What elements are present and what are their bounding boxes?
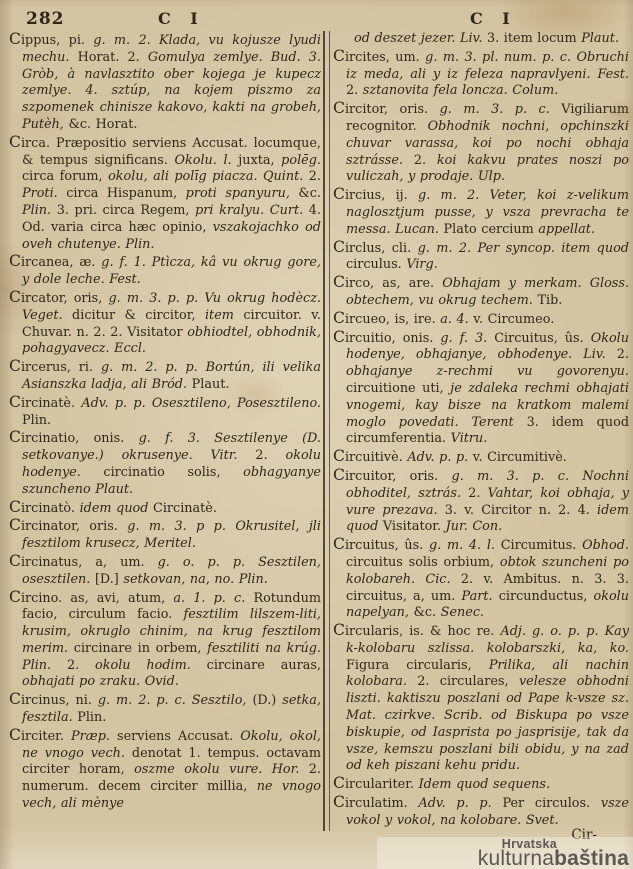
entry-text-segment: Per circulos. xyxy=(502,796,600,811)
entry-text-segment: polēg. xyxy=(281,153,321,168)
entry-text-segment: oszme okolu vure. Hor. xyxy=(134,762,309,777)
dictionary-entry: Circuitus, ûs. g. m. 4. l. Circumitus. O… xyxy=(333,536,629,622)
entry-text-segment: Circinatio, onis. xyxy=(9,431,139,446)
entry-text-segment: 2. xyxy=(617,347,629,362)
entry-text-segment: Circumitus. xyxy=(501,538,582,553)
entry-text-segment: 2. xyxy=(346,83,363,98)
entry-text-segment: Circitor, oris. xyxy=(333,102,440,117)
entry-text-segment: [D.] xyxy=(95,572,123,587)
entry-text-segment: Circulatim. xyxy=(333,796,418,811)
entry-text-segment: v. Circumeo. xyxy=(473,312,554,327)
watermark-line2-bold: baština xyxy=(554,847,629,869)
entry-text-segment: Plin. xyxy=(22,203,57,218)
entry-text-segment: Circlus, cli. xyxy=(333,241,418,256)
entry-text-segment: Circuitor, oris. xyxy=(333,469,452,484)
entry-text-segment: Circinatè. xyxy=(9,396,81,411)
entry-text-segment: circunductus, xyxy=(499,589,594,604)
dictionary-entry: Circuitivè. Adv. p. p. v. Circumitivè. xyxy=(333,448,629,467)
entry-text-segment: circuitione uti, xyxy=(346,381,450,396)
entry-text-segment: appellat. xyxy=(538,222,595,237)
dictionary-entry: Circinatio, onis. g. f. 3. Sesztilenye (… xyxy=(9,429,321,498)
entry-text-segment: Circiter. xyxy=(9,729,71,744)
entry-text-segment: Tib. xyxy=(537,293,562,308)
entry-text-segment: 2. circulares, xyxy=(417,674,519,689)
entry-text-segment: Visitator. xyxy=(383,519,446,534)
entry-text-segment: Proti. xyxy=(22,186,66,201)
entry-text-segment: Plaut. xyxy=(581,31,619,46)
dictionary-entry: Circerus, ri. g. m. 2. p. p. Bortún, ili… xyxy=(9,358,321,394)
dictionary-entry: Circlus, cli. g. m. 2. Per syncop. item … xyxy=(333,239,629,275)
entry-text-segment: Virg. xyxy=(406,257,438,272)
entry-text-segment: 2. xyxy=(67,658,95,673)
entry-text-segment: Circularis, is. & hoc re. xyxy=(333,624,500,639)
entry-text-segment: 2. xyxy=(414,153,437,168)
entry-text-segment: g. m. 2. Per syncop. item quod xyxy=(418,241,629,256)
dictionary-entry: Circanea, æ. g. f. 1. Ptìcza, kâ vu okru… xyxy=(9,253,321,289)
entry-text-segment: Vitru. xyxy=(451,431,488,446)
dictionary-entry: Circuitor, oris. g. m. 3. p. c. Nochni o… xyxy=(333,467,629,536)
entry-text-segment: g. f. 3. xyxy=(440,331,494,346)
entry-text-segment: obhajati po zraku. Ovid. xyxy=(22,674,179,689)
dictionary-entry: od deszet jezer. Liv. 3. item locum Plau… xyxy=(333,31,629,48)
entry-text-segment: idem quod xyxy=(80,501,153,516)
entry-text-segment: g. m. 2. p. c. Sesztilo, xyxy=(98,693,253,708)
entry-text-segment: proti spanyuru, xyxy=(186,186,299,201)
entry-text-segment: Plaut. xyxy=(192,377,230,392)
entry-text-segment: Plin. xyxy=(77,710,106,725)
entry-text-segment: Plin. xyxy=(22,413,51,428)
entry-text-segment: g. m. 4. l. xyxy=(429,538,501,553)
entry-text-segment: Circuitus, ûs. xyxy=(333,538,429,553)
dictionary-entry: Circinatus, a, um. g. o. p. p. Sesztilen… xyxy=(9,553,321,589)
entry-text-segment: circa forum, xyxy=(22,169,108,184)
entry-text-segment: g. m. 3. p. c. xyxy=(440,102,562,117)
entry-text-segment: 2. xyxy=(309,169,321,184)
entry-text-segment: pri kralyu. Curt. xyxy=(195,203,309,218)
entry-text-segment: od deszet jezer. Liv. xyxy=(354,31,487,46)
dictionary-entry: Circueo, is, ire. a. 4. v. Circumeo. xyxy=(333,310,629,329)
page-number: 282 xyxy=(26,9,65,29)
entry-text-segment: Circinator, oris. xyxy=(9,519,127,534)
entry-text-segment: 3. pri. circa Regem, xyxy=(57,203,195,218)
entry-text-segment: Circator, oris, xyxy=(9,291,108,306)
entry-text-segment: Idem quod sequens. xyxy=(419,777,550,792)
book-page: 282 C I C I Cippus, pi. g. m. 2. Klada, … xyxy=(0,0,633,869)
entry-text-segment: Circinatus, a, um. xyxy=(9,555,158,570)
dictionary-entry: Circino. as, avi, atum, a. 1. p. c. Rotu… xyxy=(9,589,321,692)
entry-text-segment: Jur. Con. xyxy=(446,519,503,534)
dictionary-entry: Circinator, oris. g. m. 3. p p. Okrusite… xyxy=(9,517,321,553)
entry-text-segment: Adv. p. p. Osesztileno, Posesztileno. xyxy=(81,396,321,411)
entry-text-segment: Circius, ij. xyxy=(333,188,418,203)
entry-text-segment: Senec. xyxy=(441,605,484,620)
entry-text-segment: 2. xyxy=(468,486,487,501)
entry-text-segment: 3. v. Circitor n. 2. 4. xyxy=(445,503,597,518)
entry-text-segment: a. 4. xyxy=(440,312,473,327)
entry-text-segment: circuitus solis orbium, xyxy=(346,555,500,570)
dictionary-entry: Circinatò. idem quod Circinatè. xyxy=(9,499,321,518)
entry-text-segment: Circites, um. xyxy=(333,50,425,65)
entry-text-segment: Circinatè. xyxy=(153,501,217,516)
entry-text-segment: Circino. as, avi, atum, xyxy=(9,591,173,606)
entry-text-segment: v. Circumitivè. xyxy=(473,450,567,465)
text-columns: Cippus, pi. g. m. 2. Klada, vu kojusze l… xyxy=(9,31,629,831)
dictionary-entry: Circinus, ni. g. m. 2. p. c. Sesztilo, (… xyxy=(9,691,321,727)
entry-text-segment: obhajanye z-rechmi vu govorenyu. xyxy=(346,364,629,379)
entry-text-segment: Circuitio, onis. xyxy=(333,331,440,346)
entry-text-segment: Circulariter. xyxy=(333,777,419,792)
entry-text-segment: Circinus, ni. xyxy=(9,693,98,708)
entry-text-segment: Circo, as, are. xyxy=(333,276,442,291)
entry-text-segment: circa Hispanum, xyxy=(66,186,185,201)
dictionary-entry: Cippus, pi. g. m. 2. Klada, vu kojusze l… xyxy=(9,31,321,134)
dictionary-entry: Circa. Præpositio serviens Accusat. locu… xyxy=(9,134,321,254)
entry-text-segment: (D.) xyxy=(252,693,282,708)
entry-text-segment: serviens Accusat. xyxy=(117,729,240,744)
dictionary-entry: Circulatim. Adv. p. p. Per circulos. vsz… xyxy=(333,794,629,830)
entry-text-segment: &c. Horat. xyxy=(68,117,137,132)
entry-text-segment: setkovan, na, no. Plin. xyxy=(123,572,267,587)
watermark-line2-normal: kulturna xyxy=(478,847,554,869)
entry-text-segment: Circuitivè. xyxy=(333,450,407,465)
dictionary-entry: Circo, as, are. Obhajam y merkam. Gloss.… xyxy=(333,274,629,310)
entry-text-segment: Plato cercium xyxy=(444,222,539,237)
entry-text-segment: Circinatò. xyxy=(9,501,80,516)
column-divider-rule xyxy=(323,31,330,831)
dictionary-entry: Circator, oris, g. m. 3. p. p. Vu okrug … xyxy=(9,289,321,358)
entry-text-segment: 2. xyxy=(255,448,285,463)
dictionary-entry: Circites, um. g. m. 3. pl. num. p. c. Ob… xyxy=(333,48,629,100)
entry-text-segment: Adv. p. p. xyxy=(407,450,472,465)
entry-text-segment: 3. item locum xyxy=(487,31,581,46)
entry-text-segment: &c. xyxy=(413,605,440,620)
entry-text-segment: Horat. 2. xyxy=(78,50,148,65)
entry-text-segment: &c. xyxy=(298,186,321,201)
entry-text-segment: okolu hodim. xyxy=(95,658,207,673)
entry-text-segment: Cippus, pi. xyxy=(9,33,93,48)
entry-text-segment: Part. xyxy=(462,589,499,604)
entry-text-segment: item xyxy=(205,308,243,323)
watermark-line2: kulturnabaština xyxy=(377,849,633,868)
entry-text-segment: Circueo, is, ire. xyxy=(333,312,440,327)
entry-text-segment: circinare auras, xyxy=(207,658,321,673)
dictionary-entry: Circuitio, onis. g. f. 3. Circuitus, ûs.… xyxy=(333,329,629,449)
entry-text-segment: Præp. xyxy=(71,729,117,744)
dictionary-entry: Circitor, oris. g. m. 3. p. c. Vigiliaru… xyxy=(333,100,629,186)
entry-text-segment: circulus. xyxy=(346,257,406,272)
running-title-right: C I xyxy=(470,9,517,28)
entry-text-segment: circinatio solis, xyxy=(103,465,243,480)
entry-text-segment: dicitur & circitor, xyxy=(72,308,205,323)
entry-text-segment: sztanovita fela loncza. Colum. xyxy=(363,83,559,98)
entry-text-segment: okolu, ali polīg piacza. Quint. xyxy=(108,169,309,184)
entry-text-segment: Circerus, ri. xyxy=(9,360,101,375)
entry-text-segment: Obhod. xyxy=(582,538,629,553)
left-column: Cippus, pi. g. m. 2. Klada, vu kojusze l… xyxy=(9,31,321,813)
entry-text-segment: Okolu. l. xyxy=(175,153,239,168)
entry-text-segment: juxta, xyxy=(238,153,281,168)
entry-text-segment: Circanea, æ. xyxy=(9,255,101,270)
dictionary-entry: Circinatè. Adv. p. p. Osesztileno, Poses… xyxy=(9,394,321,430)
entry-text-segment: Figura circularis, xyxy=(346,658,489,673)
dictionary-entry: Circius, ij. g. m. 2. Veter, koi z-velik… xyxy=(333,186,629,238)
entry-text-segment: Circuitus, ûs. xyxy=(494,331,590,346)
dictionary-entry: Circulariter. Idem quod sequens. xyxy=(333,775,629,794)
running-title-left: C I xyxy=(158,9,205,28)
entry-text-segment: Adv. p. p. xyxy=(418,796,502,811)
entry-text-segment: a. 1. p. c. xyxy=(173,591,253,606)
entry-text-segment: circinare in orbem, xyxy=(74,641,207,656)
watermark: Hrvatska kulturnabaština xyxy=(377,837,633,869)
dictionary-entry: Circularis, is. & hoc re. Adj. g. o. p. … xyxy=(333,622,629,775)
dictionary-entry: Circiter. Præp. serviens Accusat. Okolu,… xyxy=(9,727,321,813)
right-column: od deszet jezer. Liv. 3. item locum Plau… xyxy=(333,31,629,830)
